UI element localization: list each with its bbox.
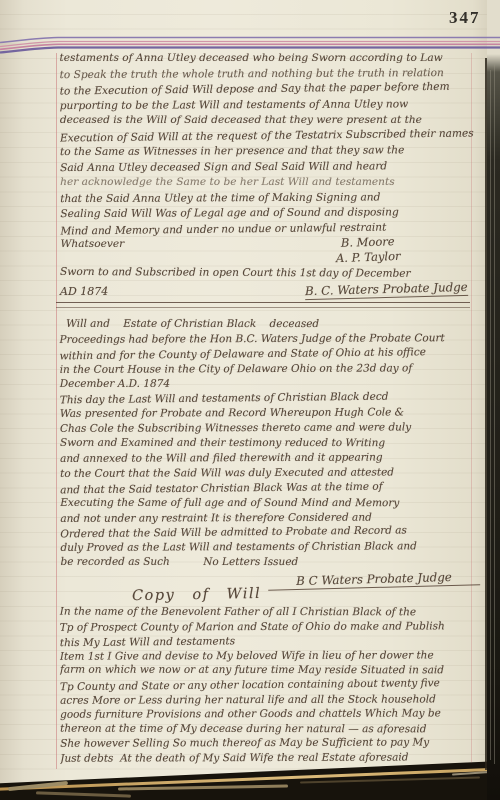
handwritten-line: Said Anna Utley deceased Sign and Seal S… bbox=[60, 158, 474, 176]
handwritten-line: testaments of Anna Utley deceased who be… bbox=[60, 51, 474, 67]
attestation-date: AD 1874 bbox=[60, 285, 108, 298]
handwritten-line: In the name of the Benevolent Father of … bbox=[60, 605, 474, 620]
handwritten-line: deceased is the Will of Said deceased th… bbox=[60, 113, 474, 129]
handwritten-line: She however Selling So much thereof as M… bbox=[60, 736, 474, 752]
attestation-line: Sworn to and Subscribed in open Court th… bbox=[60, 266, 474, 281]
handwritten-line: duly Proved as the Last Will and testame… bbox=[60, 539, 474, 556]
attestation-date-row: AD 1874 B. C. Waters Probate Judge bbox=[60, 282, 468, 298]
handwritten-line: Will and Estate of Christian Black decea… bbox=[59, 317, 473, 332]
handwritten-line: Just debts At the death of My Said Wife … bbox=[60, 750, 474, 766]
handwritten-line: acres More or Less during her natural li… bbox=[60, 692, 474, 708]
judge-signature: B. C. Waters Probate Judge bbox=[305, 280, 468, 300]
will-copy-text: In the name of the Benevolent Father of … bbox=[60, 604, 475, 766]
handwritten-line: thereon at the time of My decease during… bbox=[60, 721, 474, 736]
judge-signature: B C Waters Probate Judge bbox=[268, 569, 480, 591]
page-edge-streak bbox=[36, 791, 131, 797]
handwritten-line: goods furniture Provisions and other Goo… bbox=[60, 706, 474, 722]
page-edge-streak bbox=[300, 776, 480, 783]
handwritten-line: Item 1st I Give and devise to My beloved… bbox=[60, 648, 474, 664]
handwritten-line: her acknowledge the Same to be her Last … bbox=[60, 175, 474, 191]
page-number: 347 bbox=[449, 8, 481, 28]
handwritten-line: Chas Cole the Subscribing Witnesses ther… bbox=[60, 420, 474, 437]
handwritten-line: Sworn to and Subscribed in open Court th… bbox=[60, 265, 474, 282]
page-edge-streak bbox=[118, 785, 288, 791]
handwritten-line: be recorded as Such No Letters Issued bbox=[61, 555, 475, 570]
record-book-photo: 347 testaments of Anna Utley deceased wh… bbox=[0, 0, 500, 800]
handwritten-line: Executing the Same of full age and of So… bbox=[60, 496, 474, 511]
entry-separator-rule bbox=[56, 302, 470, 308]
anna-utley-testimony-text: testaments of Anna Utley deceased who be… bbox=[59, 50, 474, 254]
copy-of-will-heading: Copy of Will bbox=[132, 586, 261, 604]
stacked-page-edge bbox=[494, 64, 495, 764]
handwritten-line: Sworn and Examined and their testimony r… bbox=[60, 436, 474, 451]
witness-signatures: B. MooreA. P. Taylor bbox=[288, 232, 449, 268]
stacked-page-edge bbox=[490, 70, 491, 760]
left-margin-rule bbox=[56, 53, 57, 769]
christian-black-probate-text: Will and Estate of Christian Black decea… bbox=[59, 316, 474, 571]
ledger-page: 347 testaments of Anna Utley deceased wh… bbox=[0, 0, 487, 800]
